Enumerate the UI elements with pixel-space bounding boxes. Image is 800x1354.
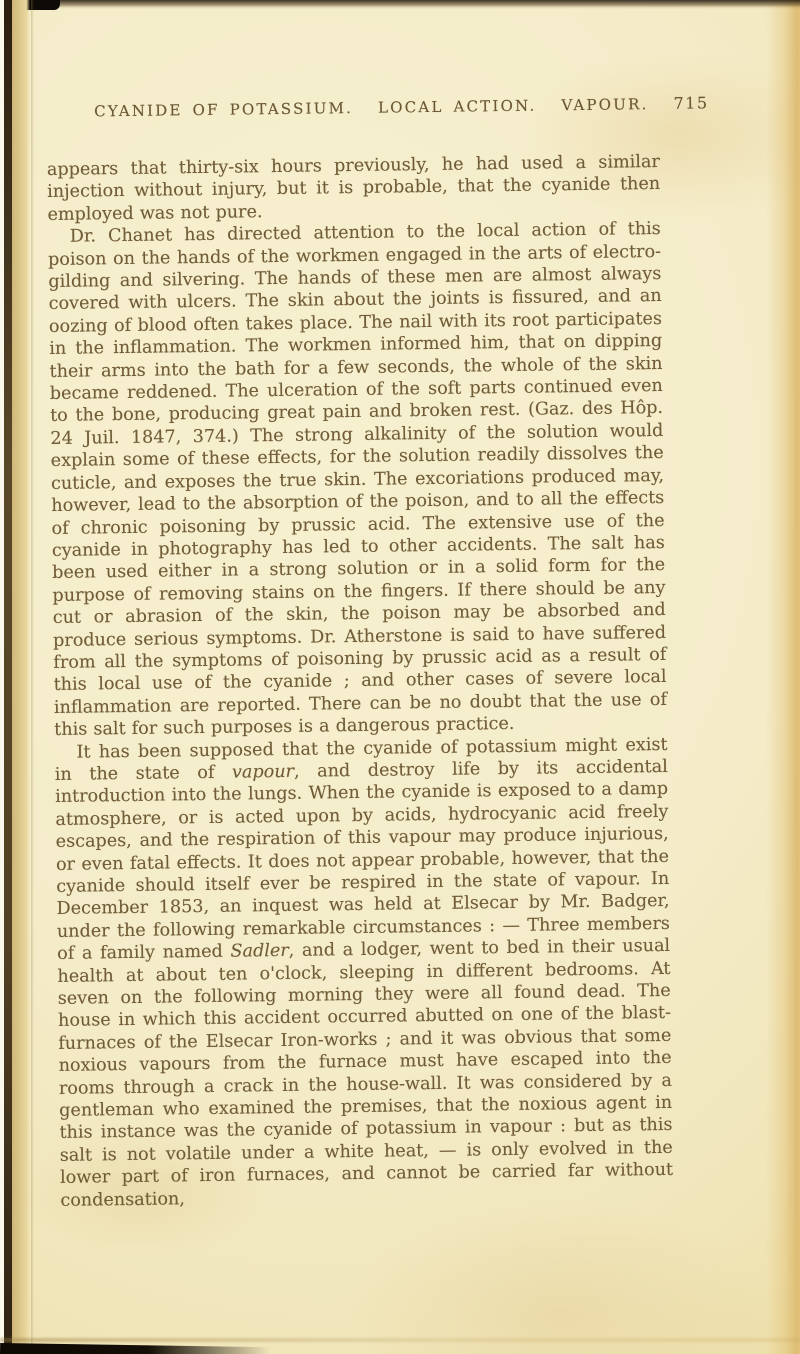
paragraph: It has been supposed that the cyanide of… [54, 733, 673, 1212]
text-segment-italic: vapour [232, 762, 294, 783]
page-edge-right [766, 0, 800, 1354]
page-crease-left [31, 0, 34, 1354]
text-segment-italic: Sadler [230, 941, 289, 962]
running-head-title: CYANIDE OF POTASSIUM. [94, 99, 353, 120]
page-number: 715 [673, 93, 708, 112]
paragraph: Dr. Chanet has directed attention to the… [48, 218, 668, 741]
book-spine-shadow [4, 0, 12, 1354]
binding-corner-bottom-left [0, 1343, 270, 1354]
page-edge-top [0, 0, 800, 9]
text-segment: appears that thirty-six hours previously… [47, 152, 661, 225]
page-edge-bottom [0, 1338, 800, 1342]
book-page-scan: CYANIDE OF POTASSIUM. LOCAL ACTION. VAPO… [0, 0, 800, 1354]
running-head: CYANIDE OF POTASSIUM. LOCAL ACTION. VAPO… [94, 94, 655, 120]
text-segment: , and a lodger, went to bed in their usu… [57, 936, 673, 1210]
running-head-section: LOCAL ACTION. [378, 97, 537, 117]
text-segment: , and destroy life by its accidental int… [55, 757, 670, 964]
running-head-subsection: VAPOUR. [561, 95, 648, 114]
text-segment: Dr. Chanet has directed attention to the… [48, 219, 667, 740]
page-edge-left [12, 0, 30, 1354]
body-text: appears that thirty-six hours previously… [47, 151, 674, 1212]
printed-area: CYANIDE OF POTASSIUM. LOCAL ACTION. VAPO… [46, 94, 673, 1212]
paragraph: appears that thirty-six hours previously… [47, 151, 661, 226]
